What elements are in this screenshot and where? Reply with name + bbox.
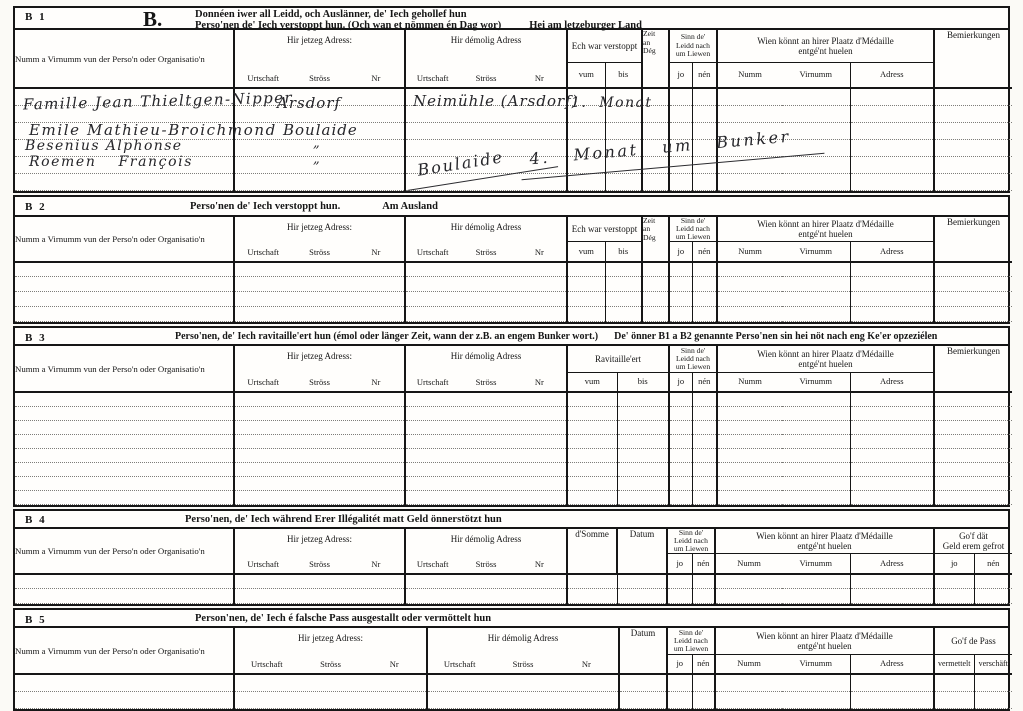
table-row: [15, 462, 1012, 476]
table-row: [15, 392, 1012, 406]
header-wien-numm: Numm: [715, 554, 782, 574]
section-b3-table: Numm a Virnumm vun der Perso'n oder Orga…: [15, 346, 1012, 505]
section-id: B 1: [25, 9, 143, 23]
header-wien: Wien könnt an hirer Plaatz d'Médailleent…: [717, 346, 934, 372]
section-id: B 3: [25, 330, 175, 344]
section-b4: B 4 Perso'nen, de' Iech während Erer Ill…: [13, 509, 1010, 607]
header-name-col: Numm a Virnumm vun der Perso'n oder Orga…: [15, 529, 234, 574]
section-b5: B 5 Person'nen, de' Iech é falsche Pass …: [13, 608, 1010, 711]
header-sinn: Sinn de'Leidd nachum Liewen: [667, 628, 715, 654]
table-row: [15, 292, 1012, 307]
section-b3: B 3 Perso'nen, de' Iech ravitaille'ert h…: [13, 326, 1010, 507]
header-bemierkungen: Bemierkungen: [934, 217, 1012, 262]
header-zeit: ZeitanDég: [642, 30, 669, 88]
header-name-col: Numm a Virnumm vun der Perso'n oder Orga…: [15, 217, 234, 262]
section-b1-titlebar: B 1 B. Donnéen iwer all Leidd, och Auslä…: [15, 8, 1008, 30]
header-bis: bis: [605, 242, 642, 262]
table-row: [15, 476, 1012, 490]
header-demolig-adress: Hir démolig Adress UrtschaftStrössNr: [427, 628, 619, 674]
header-sinn: Sinn de'Leidd nachum Liewen: [669, 30, 717, 62]
header-gof-geld: Go'f dätGeld erem gefrot: [934, 529, 1012, 554]
section-title: Person'nen, de' Iech é falsche Pass ausg…: [195, 613, 491, 624]
table-row: [15, 105, 1012, 122]
header-urtschaft: Urtschaft: [235, 73, 291, 83]
table-row: [15, 448, 1012, 462]
header-wien-virnumm: Virnumm: [782, 654, 850, 674]
header-verstoppt: Ech war verstoppt: [567, 217, 642, 242]
header-wien-numm: Numm: [717, 372, 782, 392]
header-bis: bis: [605, 62, 642, 88]
header-verstoppt: Ech war verstoppt: [567, 30, 642, 62]
table-row: [15, 139, 1012, 156]
table-row: [15, 691, 1012, 708]
section-b5-titlebar: B 5 Person'nen, de' Iech é falsche Pass …: [15, 610, 1008, 628]
table-row: [15, 262, 1012, 277]
header-sinn: Sinn de'Leidd nachum Liewen: [667, 529, 715, 554]
header-vum: vum: [567, 372, 617, 392]
header-demolig-adress: Hir démolig Adress UrtschaftStrössNr: [405, 217, 567, 262]
header-wien-numm: Numm: [715, 654, 782, 674]
section-id: B 2: [25, 199, 190, 213]
section-id: B 5: [25, 612, 195, 626]
header-vum: vum: [567, 62, 605, 88]
section-b2-titlebar: B 2 Perso'nen de' Iech verstoppt hun. Am…: [15, 197, 1008, 217]
header-wien: Wien könnt an hirer Plaatz d'Médailleent…: [717, 30, 934, 62]
table-row: [15, 173, 1012, 190]
table-row: [15, 674, 1012, 691]
section-b5-table: Numm a Virnumm vun der Perso'n oder Orga…: [15, 628, 1012, 709]
header-nen: nén: [692, 372, 717, 392]
table-row: [15, 307, 1012, 322]
header-zeit: ZeitanDég: [642, 217, 669, 262]
section-title: Donnéen iwer all Leidd, och Auslänner, d…: [195, 9, 642, 31]
header-bemierkungen: Bemierkungen: [934, 30, 1012, 88]
header-wien-adress: Adress: [850, 242, 934, 262]
header-pass-verschaft: verschäft: [974, 654, 1012, 674]
header-jetzeg-adress: Hir jetzeg Adress: UrtschaftStrössNr: [234, 529, 405, 574]
header-wien-numm: Numm: [717, 242, 782, 262]
table-row: [15, 122, 1012, 139]
header-jo: jo: [669, 242, 692, 262]
header-wien-adress: Adress: [850, 654, 934, 674]
header-wien: Wien könnt an hirer Plaatz d'Médailleent…: [717, 217, 934, 242]
header-wien-adress: Adress: [850, 554, 934, 574]
header-nen: nén: [692, 242, 717, 262]
header-datum: Datum: [617, 529, 667, 574]
header-wien-virnumm: Virnumm: [782, 242, 850, 262]
header-vum: vum: [567, 242, 605, 262]
header-urtschaft: Urtschaft: [406, 73, 459, 83]
header-datum: Datum: [619, 628, 667, 674]
header-jo: jo: [667, 654, 692, 674]
header-jo: jo: [669, 372, 692, 392]
header-sinn: Sinn de'Leidd nachum Liewen: [669, 217, 717, 242]
table-row: [15, 277, 1012, 292]
header-demolig-adress: Hir démolig Adress UrtschaftStrössNr: [405, 30, 567, 88]
header-demolig-adress: Hir démolig Adress UrtschaftStrössNr: [405, 529, 567, 574]
section-b2-table: Numm a Virnumm vun der Perso'n oder Orga…: [15, 217, 1012, 323]
header-name-col: Numm a Virnumm vun der Perso'n oder Orga…: [15, 346, 234, 392]
section-b4-titlebar: B 4 Perso'nen, de' Iech während Erer Ill…: [15, 511, 1008, 529]
header-jetzeg-adress: Hir jetzeg Adress: UrtschaftStrössNr: [234, 628, 427, 674]
header-bis: bis: [617, 372, 669, 392]
header-somme: d'Somme: [567, 529, 617, 574]
table-row: [15, 406, 1012, 420]
header-wien-adress: Adress: [850, 62, 934, 88]
section-id: B 4: [25, 512, 185, 526]
header-jo: jo: [669, 62, 692, 88]
section-b3-titlebar: B 3 Perso'nen, de' Iech ravitaille'ert h…: [15, 328, 1008, 346]
header-bemierkungen: Bemierkungen: [934, 346, 1012, 392]
header-jetzeg-adress: Hir jetzeg Adress: UrtschaftStrössNr: [234, 346, 405, 392]
table-row: [15, 88, 1012, 105]
header-pass-vermettelt: vermettelt: [934, 654, 974, 674]
header-ravitailleert: Ravitaille'ert: [567, 346, 669, 372]
header-name-col: Numm a Virnumm vun der Perso'n oder Orga…: [15, 30, 234, 88]
section-letter: B.: [143, 9, 195, 29]
header-name-col: Numm a Virnumm vun der Perso'n oder Orga…: [15, 628, 234, 674]
header-nen: nén: [692, 554, 715, 574]
section-title: Perso'nen, de' Iech während Erer Illégal…: [185, 514, 502, 525]
header-jo: jo: [667, 554, 692, 574]
header-wien-virnumm: Virnumm: [782, 372, 850, 392]
table-row: [15, 434, 1012, 448]
header-wien: Wien könnt an hirer Plaatz d'Médailleent…: [715, 628, 934, 654]
table-row: [15, 490, 1012, 504]
table-row: [15, 574, 1012, 589]
section-b4-table: Numm a Virnumm vun der Perso'n oder Orga…: [15, 529, 1012, 605]
header-wien: Wien könnt an hirer Plaatz d'Médailleent…: [715, 529, 934, 554]
section-title: Perso'nen, de' Iech ravitaille'ert hun (…: [175, 331, 598, 342]
section-b1: B 1 B. Donnéen iwer all Leidd, och Auslä…: [13, 6, 1010, 193]
header-nen: nén: [692, 62, 717, 88]
header-gof-jo: jo: [934, 554, 974, 574]
section-title-line1: Donnéen iwer all Leidd, och Auslänner, d…: [195, 9, 642, 20]
section-b2: B 2 Perso'nen de' Iech verstoppt hun. Am…: [13, 195, 1010, 325]
table-row: [15, 420, 1012, 434]
header-wien-virnumm: Virnumm: [782, 554, 850, 574]
header-wien-adress: Adress: [850, 372, 934, 392]
section-title: Perso'nen de' Iech verstoppt hun.: [190, 201, 340, 212]
header-nr: Nr: [348, 73, 404, 83]
section-subtitle: Am Ausland: [382, 201, 438, 212]
header-stross: Ströss: [459, 73, 512, 83]
header-sinn: Sinn de'Leidd nachum Liewen: [669, 346, 717, 372]
header-nr: Nr: [513, 73, 566, 83]
header-wien-numm: Numm: [717, 62, 782, 88]
table-row: [15, 156, 1012, 173]
section-subtitle: De' önner B1 a B2 genannte Perso'nen sin…: [614, 331, 937, 342]
scanned-form-document: B 1 B. Donnéen iwer all Leidd, och Auslä…: [13, 6, 1010, 711]
header-nen: nén: [692, 654, 715, 674]
header-gof-nen: nén: [974, 554, 1012, 574]
section-b1-table: Numm a Virnumm vun der Perso'n oder Orga…: [15, 30, 1012, 191]
header-demolig-adress: Hir démolig Adress UrtschaftStrössNr: [405, 346, 567, 392]
header-gof-pass: Go'f de Pass: [934, 628, 1012, 654]
table-row: [15, 589, 1012, 604]
header-jetzeg-adress: Hir jetzeg Adress: UrtschaftStrössNr: [234, 217, 405, 262]
header-wien-virnumm: Virnumm: [782, 62, 850, 88]
header-stross: Ströss: [291, 73, 347, 83]
header-jetzeg-adress: Hir jetzeg Adress: UrtschaftStrössNr: [234, 30, 405, 88]
